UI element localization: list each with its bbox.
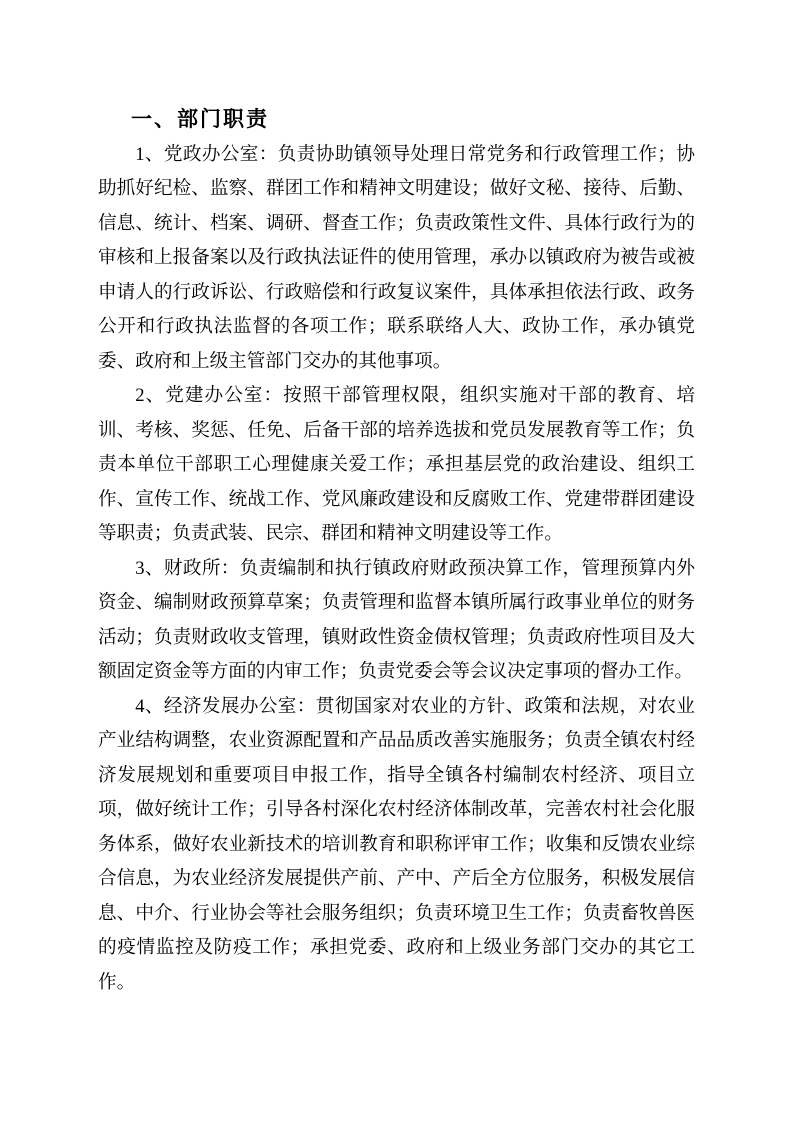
- paragraph-party-building-office: 2、党建办公室：按照干部管理权限，组织实施对干部的教育、培训、考核、奖惩、任免、…: [98, 379, 695, 552]
- paragraph-economic-development-office: 4、经济发展办公室：贯彻国家对农业的方针、政策和法规，对农业产业结构调整，农业资…: [98, 690, 695, 1001]
- document-content: 一、部门职责 1、党政办公室：负责协助镇领导处理日常党务和行政管理工作；协助抓好…: [98, 103, 695, 1000]
- paragraph-party-government-office: 1、党政办公室：负责协助镇领导处理日常党务和行政管理工作；协助抓好纪检、监察、群…: [98, 138, 695, 380]
- document-page: 一、部门职责 1、党政办公室：负责协助镇领导处理日常党务和行政管理工作；协助抓好…: [0, 0, 793, 1122]
- paragraph-finance-office: 3、财政所：负责编制和执行镇政府财政预决算工作，管理预算内外资金、编制财政预算草…: [98, 552, 695, 690]
- section-heading: 一、部门职责: [131, 103, 695, 138]
